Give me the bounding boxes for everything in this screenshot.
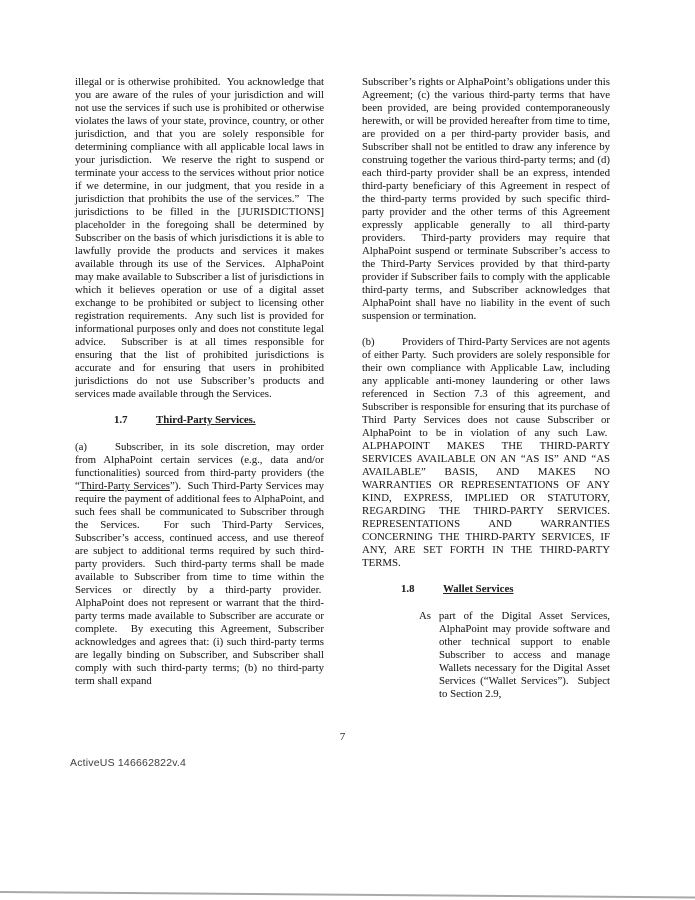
paragraph-label: (a): [75, 441, 115, 454]
text-run: Providers of Third-Party Services are no…: [362, 336, 610, 569]
text-run: ”). Such Third-Party Services may requir…: [75, 480, 324, 687]
scan-edge-line: [0, 891, 695, 898]
section-title: Third-Party Services.: [156, 414, 256, 426]
paragraph: (b)Providers of Third-Party Services are…: [362, 336, 610, 570]
paragraph-label: (b): [362, 336, 402, 349]
underlined-term: Third-Party Services: [80, 480, 170, 492]
section-heading: 1.7Third-Party Services.: [75, 414, 324, 427]
page-number: 7: [75, 731, 610, 744]
section-heading: 1.8Wallet Services: [362, 583, 610, 596]
paragraph: illegal or is otherwise prohibited. You …: [75, 76, 324, 401]
paragraph: As part of the Digital Asset Services, A…: [439, 610, 610, 701]
paragraph: Subscriber’s rights or AlphaPoint’s obli…: [362, 76, 610, 323]
text-run: Subscriber’s rights or AlphaPoint’s obli…: [362, 76, 610, 322]
right-column: Subscriber’s rights or AlphaPoint’s obli…: [362, 76, 610, 701]
text-run: As part of the Digital Asset Services, A…: [419, 610, 610, 700]
section-title: Wallet Services: [443, 583, 513, 595]
left-column: illegal or is otherwise prohibited. You …: [75, 76, 324, 688]
section-number: 1.7: [114, 414, 156, 427]
text-run: illegal or is otherwise prohibited. You …: [75, 76, 324, 400]
section-number: 1.8: [401, 583, 443, 596]
document-page: illegal or is otherwise prohibited. You …: [0, 0, 695, 900]
document-id-stamp: ActiveUS 146662822v.4: [70, 757, 186, 769]
paragraph: (a)Subscriber, in its sole discretion, m…: [75, 441, 324, 688]
